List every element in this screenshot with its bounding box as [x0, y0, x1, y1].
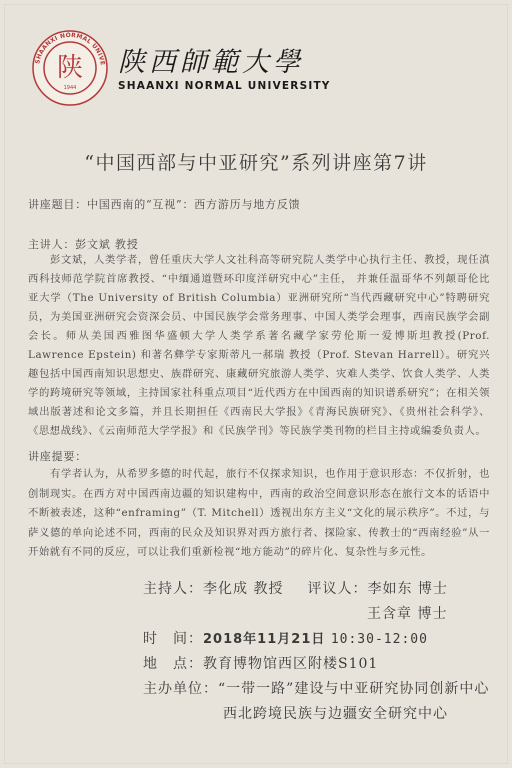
svg-text:1944: 1944	[64, 85, 77, 91]
organizer-2: 西北跨境民族与边疆安全研究中心	[223, 703, 448, 723]
commentator-label: 评议人：	[307, 581, 367, 597]
abstract-text: 有学者认为，从希罗多德的时代起，旅行不仅探求知识，也作用于意识形态：不仅折射，也…	[28, 465, 490, 563]
brand-chinese-name: 陕西師範大學	[118, 40, 304, 79]
place-row: 地 点：教育博物馆西区附楼S101	[143, 653, 503, 678]
speaker-label: 主讲人：彭文斌 教授	[28, 236, 139, 252]
organizer-1: “一带一路”建设与中亚研究协同创新中心	[218, 681, 489, 697]
commentator-2: 王含章 博士	[367, 603, 447, 623]
organizer-row: 主办单位：“一带一路”建设与中亚研究协同创新中心	[143, 678, 503, 703]
time-label: 时 间：	[143, 631, 203, 647]
speaker-bio: 彭文斌，人类学者，曾任重庆大学人文社科高等研究院人类学中心执行主任、教授，现任滇…	[28, 251, 490, 441]
abstract-label: 讲座提要：	[28, 448, 87, 464]
lecture-topic: 讲座题目：中国西南的“互视”：西方游历与地方反馈	[28, 196, 300, 212]
time-row: 时 间：2018年11月21日 10:30-12:00	[143, 628, 503, 653]
page-title: “中国西部与中亚研究”系列讲座第7讲	[0, 148, 512, 175]
event-time: 10:30-12:00	[331, 632, 428, 647]
host-label: 主持人：	[143, 578, 203, 598]
place-label: 地 点：	[143, 656, 203, 672]
svg-text:陕: 陕	[57, 53, 83, 83]
event-info: 主持人：李化成 教授评议人：李如东 博士 王含章 博士 时 间：2018年11月…	[143, 578, 503, 728]
organizer-row-2: 西北跨境民族与边疆安全研究中心	[143, 703, 503, 728]
host-name: 李化成 教授	[203, 581, 283, 597]
organizer-label: 主办单位：	[143, 681, 218, 697]
commentator-1: 李如东 博士	[367, 581, 447, 597]
university-header: SHAANXI NORMAL UNIVERSITY 陕 1944 陕西師範大學 …	[32, 30, 332, 106]
university-seal-icon: SHAANXI NORMAL UNIVERSITY 陕 1944	[32, 30, 108, 106]
event-date: 2018年11月21日	[203, 632, 325, 647]
event-place: 教育博物馆西区附楼S101	[203, 656, 378, 672]
commentator-row-2: 王含章 博士	[143, 603, 503, 628]
host-row: 主持人：李化成 教授评议人：李如东 博士	[143, 578, 503, 603]
brand-english-name: SHAANXI NORMAL UNIVERSITY	[118, 80, 331, 92]
